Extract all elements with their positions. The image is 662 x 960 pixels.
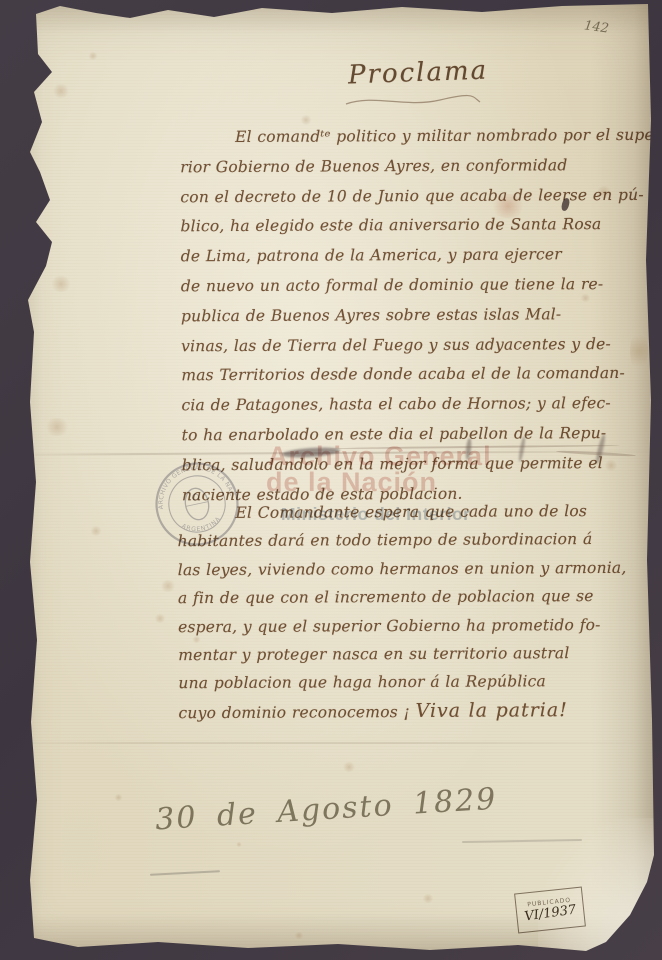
- stain: [294, 932, 304, 939]
- manuscript-line: blico, ha elegido este dia aniversario d…: [180, 210, 659, 242]
- watermark-ministerio: Ministerio del Interior: [281, 504, 470, 525]
- manuscript-page: ARCHIVO GENERAL DE LA NACION ARGENTINA 1…: [0, 0, 662, 960]
- manuscript-line: habitantes dará en todo tiempo de subord…: [178, 525, 627, 556]
- watermark-de-la-nacion: de la Nación: [266, 467, 437, 498]
- title-flourish: [344, 92, 484, 110]
- pencil-date: 30 de Agosto 1829: [154, 782, 498, 838]
- closing-text: cuyo dominio reconocemos ¡: [178, 703, 409, 722]
- manuscript-line: de Lima, patrona de la America, y para e…: [181, 240, 660, 272]
- manuscript-line: El comandᵗᵉ politico y militar nombrado …: [180, 121, 659, 153]
- closing-line: cuyo dominio reconocemos ¡ Viva la patri…: [178, 696, 627, 728]
- manuscript-line: rior Gobierno de Buenos Ayres, en confor…: [180, 151, 659, 183]
- stain: [88, 52, 98, 60]
- stain: [44, 418, 70, 436]
- stain: [90, 526, 102, 536]
- stain: [50, 276, 72, 292]
- manuscript-line: las leyes, viviendo como hermanos en uni…: [178, 554, 627, 585]
- pencil-stroke: [150, 870, 220, 876]
- manuscript-line: de nuevo un acto formal de dominio que t…: [181, 270, 660, 302]
- stain: [236, 842, 242, 847]
- stain: [114, 794, 123, 801]
- stain: [160, 580, 176, 592]
- viva-la-patria-text: Viva la patria!: [415, 699, 567, 722]
- manuscript-line: con el decreto de 10 de Junio que acaba …: [180, 180, 659, 212]
- manuscript-line: vinas, las de Tierra del Fuego y sus ady…: [181, 329, 660, 361]
- manuscript-line: publica de Buenos Ayres sobre estas isla…: [181, 300, 660, 332]
- manuscript-line: cia de Patagones, hasta el cabo de Horno…: [181, 389, 660, 421]
- catalog-stamp-box: PUBLICADO VI/1937: [514, 887, 586, 934]
- stain: [154, 614, 166, 623]
- folio-number-pencil: 142: [583, 18, 610, 36]
- photo-background: ARCHIVO GENERAL DE LA NACION ARGENTINA 1…: [0, 0, 662, 960]
- page-title: Proclama: [348, 56, 489, 91]
- fold-crease: [0, 742, 662, 744]
- stain: [52, 84, 70, 98]
- stain: [422, 894, 434, 903]
- manuscript-line: una poblacion que haga honor á la Repúbl…: [178, 667, 627, 698]
- manuscript-line: espera, y que el superior Gobierno ha pr…: [178, 610, 627, 641]
- stain: [342, 762, 356, 772]
- manuscript-line: mentar y proteger nasca en su territorio…: [178, 639, 627, 670]
- manuscript-line: mas Territorios desde donde acaba el de …: [181, 359, 660, 391]
- manuscript-line: a fin de que con el incremento de poblac…: [178, 582, 627, 613]
- paragraph-2: El Comandante espera que cada uno de los…: [177, 497, 627, 728]
